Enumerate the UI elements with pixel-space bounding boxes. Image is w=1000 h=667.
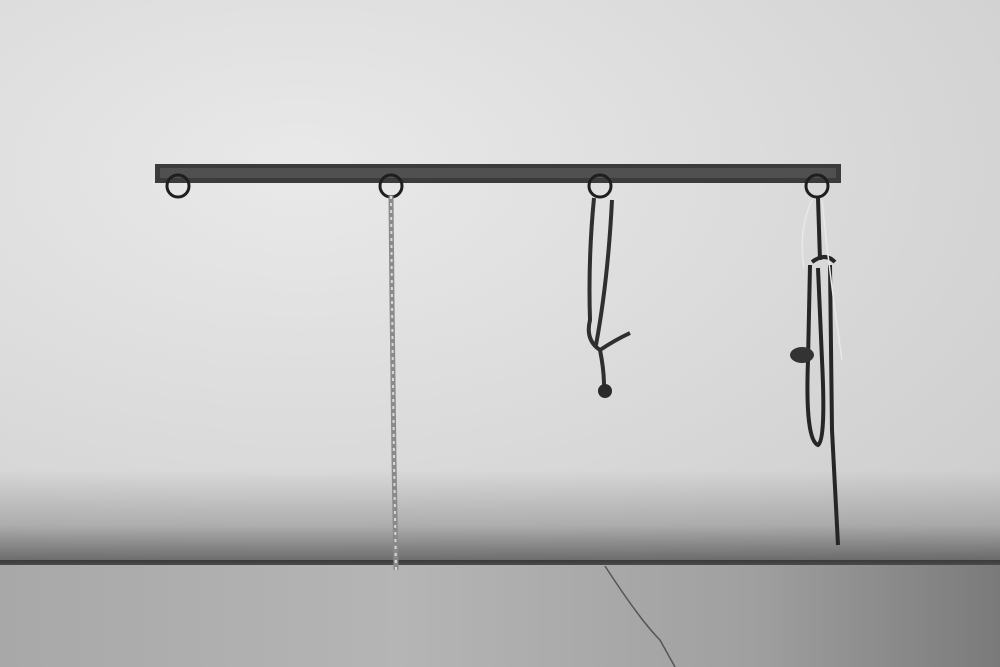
rope-loop [807,198,838,545]
rope-knotted [589,198,630,385]
ground-crack [605,566,675,667]
objects-layer [0,0,1000,667]
photograph [0,0,1000,667]
